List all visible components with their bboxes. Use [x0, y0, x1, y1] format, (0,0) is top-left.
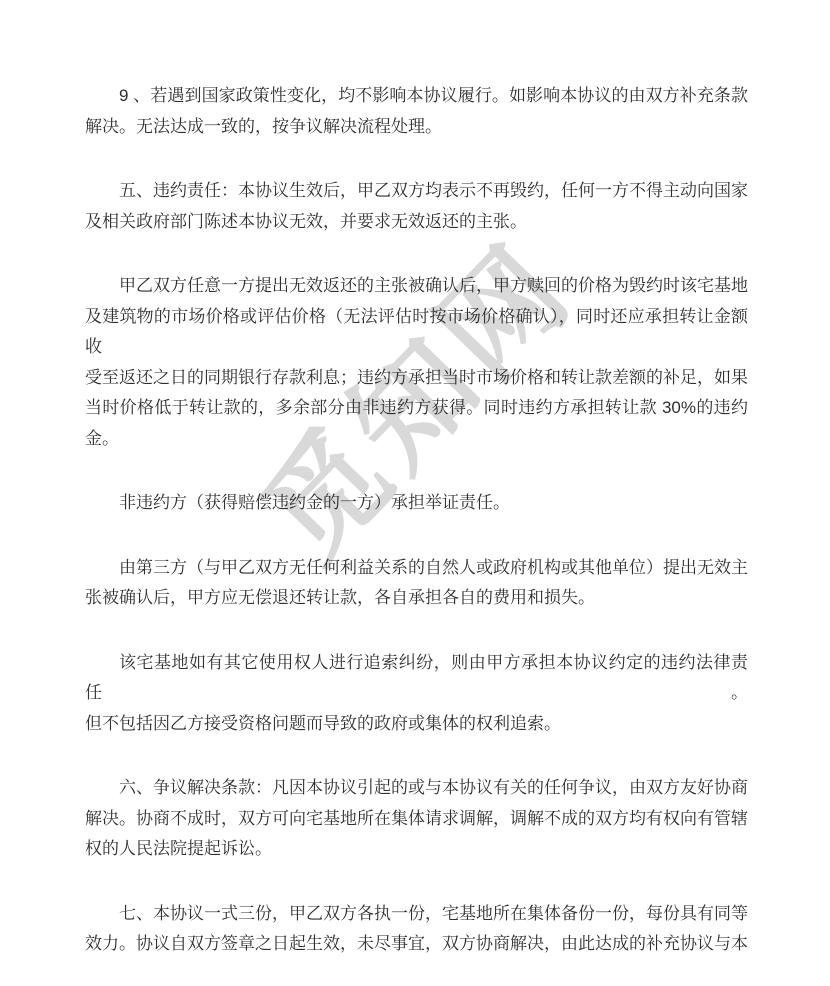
text-line: 9 、若遇到国家政策性变化，均不影响本协议履行。如影响本协议的由双方补充条款 [85, 81, 748, 112]
text-line: 但不包括因乙方接受资格问题而导致的政府或集体的权利追索。 [85, 709, 748, 740]
text-line: 当时价格低于转让款的，多余部分由非违约方获得。同时违约方承担转让款 30%的违约… [85, 393, 748, 454]
text-line: 解决。无法达成一致的，按争议解决流程处理。 [85, 112, 748, 143]
clause-7-copies-effectiveness: 七、本协议一式三份，甲乙双方各执一份，宅基地所在集体备份一份，每份具有同等 效力… [85, 899, 748, 960]
clause-third-party-claim: 由第三方（与甲乙双方无任何利益关系的自然人或政府机构或其他单位）提出无效主 张被… [85, 553, 748, 614]
text-line: 非违约方（获得赔偿违约金的一方）承担举证责任。 [85, 488, 748, 519]
clause-5-breach-liability: 五、违约责任：本协议生效后，甲乙双方均表示不再毁约，任何一方不得主动向国家 及相… [85, 176, 748, 237]
clause-6-dispute-resolution: 六、争议解决条款：凡因本协议引起的或与本协议有关的任何争议，由双方友好协商 解决… [85, 773, 748, 865]
text-line: 权的人民法院提起诉讼。 [85, 834, 748, 865]
clause-other-recourse: 该宅基地如有其它使用权人进行追索纠纷，则由甲方承担本协议约定的违约法律责任。 但… [85, 648, 748, 740]
clause-redemption-terms: 甲乙双方任意一方提出无效返还的主张被确认后，甲方赎回的价格为毁约时该宅基地 及建… [85, 271, 748, 454]
text-line: 七、本协议一式三份，甲乙双方各执一份，宅基地所在集体备份一份，每份具有同等 [85, 899, 748, 930]
document-body: 9 、若遇到国家政策性变化，均不影响本协议履行。如影响本协议的由双方补充条款 解… [0, 0, 830, 960]
text-line: 及建筑物的市场价格或评估价格（无法评估时按市场价格确认），同时还应承担转让金额收 [85, 302, 748, 363]
text-line: 效力。协议自双方签章之日起生效，未尽事宜，双方协商解决，由此达成的补充协议与本 [85, 929, 748, 960]
clause-burden-of-proof: 非违约方（获得赔偿违约金的一方）承担举证责任。 [85, 488, 748, 519]
text-line: 及相关政府部门陈述本协议无效，并要求无效返还的主张。 [85, 207, 748, 238]
text-line: 甲乙双方任意一方提出无效返还的主张被确认后，甲方赎回的价格为毁约时该宅基地 [85, 271, 748, 302]
text-line: 由第三方（与甲乙双方无任何利益关系的自然人或政府机构或其他单位）提出无效主 [85, 553, 748, 584]
text-line: 受至返还之日的同期银行存款利息；违约方承担当时市场价格和转让款差额的补足，如果 [85, 363, 748, 394]
text-line: 张被确认后，甲方应无偿退还转让款，各自承担各自的费用和损失。 [85, 583, 748, 614]
text-line: 六、争议解决条款：凡因本协议引起的或与本协议有关的任何争议，由双方友好协商 [85, 773, 748, 804]
document-page: 觅知网 9 、若遇到国家政策性变化，均不影响本协议履行。如影响本协议的由双方补充… [0, 0, 830, 986]
text-line: 五、违约责任：本协议生效后，甲乙双方均表示不再毁约，任何一方不得主动向国家 [85, 176, 748, 207]
text-line: 解决。协商不成时，双方可向宅基地所在集体请求调解，调解不成的双方均有权向有管辖 [85, 804, 748, 835]
text-line: 该宅基地如有其它使用权人进行追索纠纷，则由甲方承担本协议约定的违约法律责任。 [85, 648, 748, 709]
clause-9-policy-change: 9 、若遇到国家政策性变化，均不影响本协议履行。如影响本协议的由双方补充条款 解… [85, 81, 748, 142]
